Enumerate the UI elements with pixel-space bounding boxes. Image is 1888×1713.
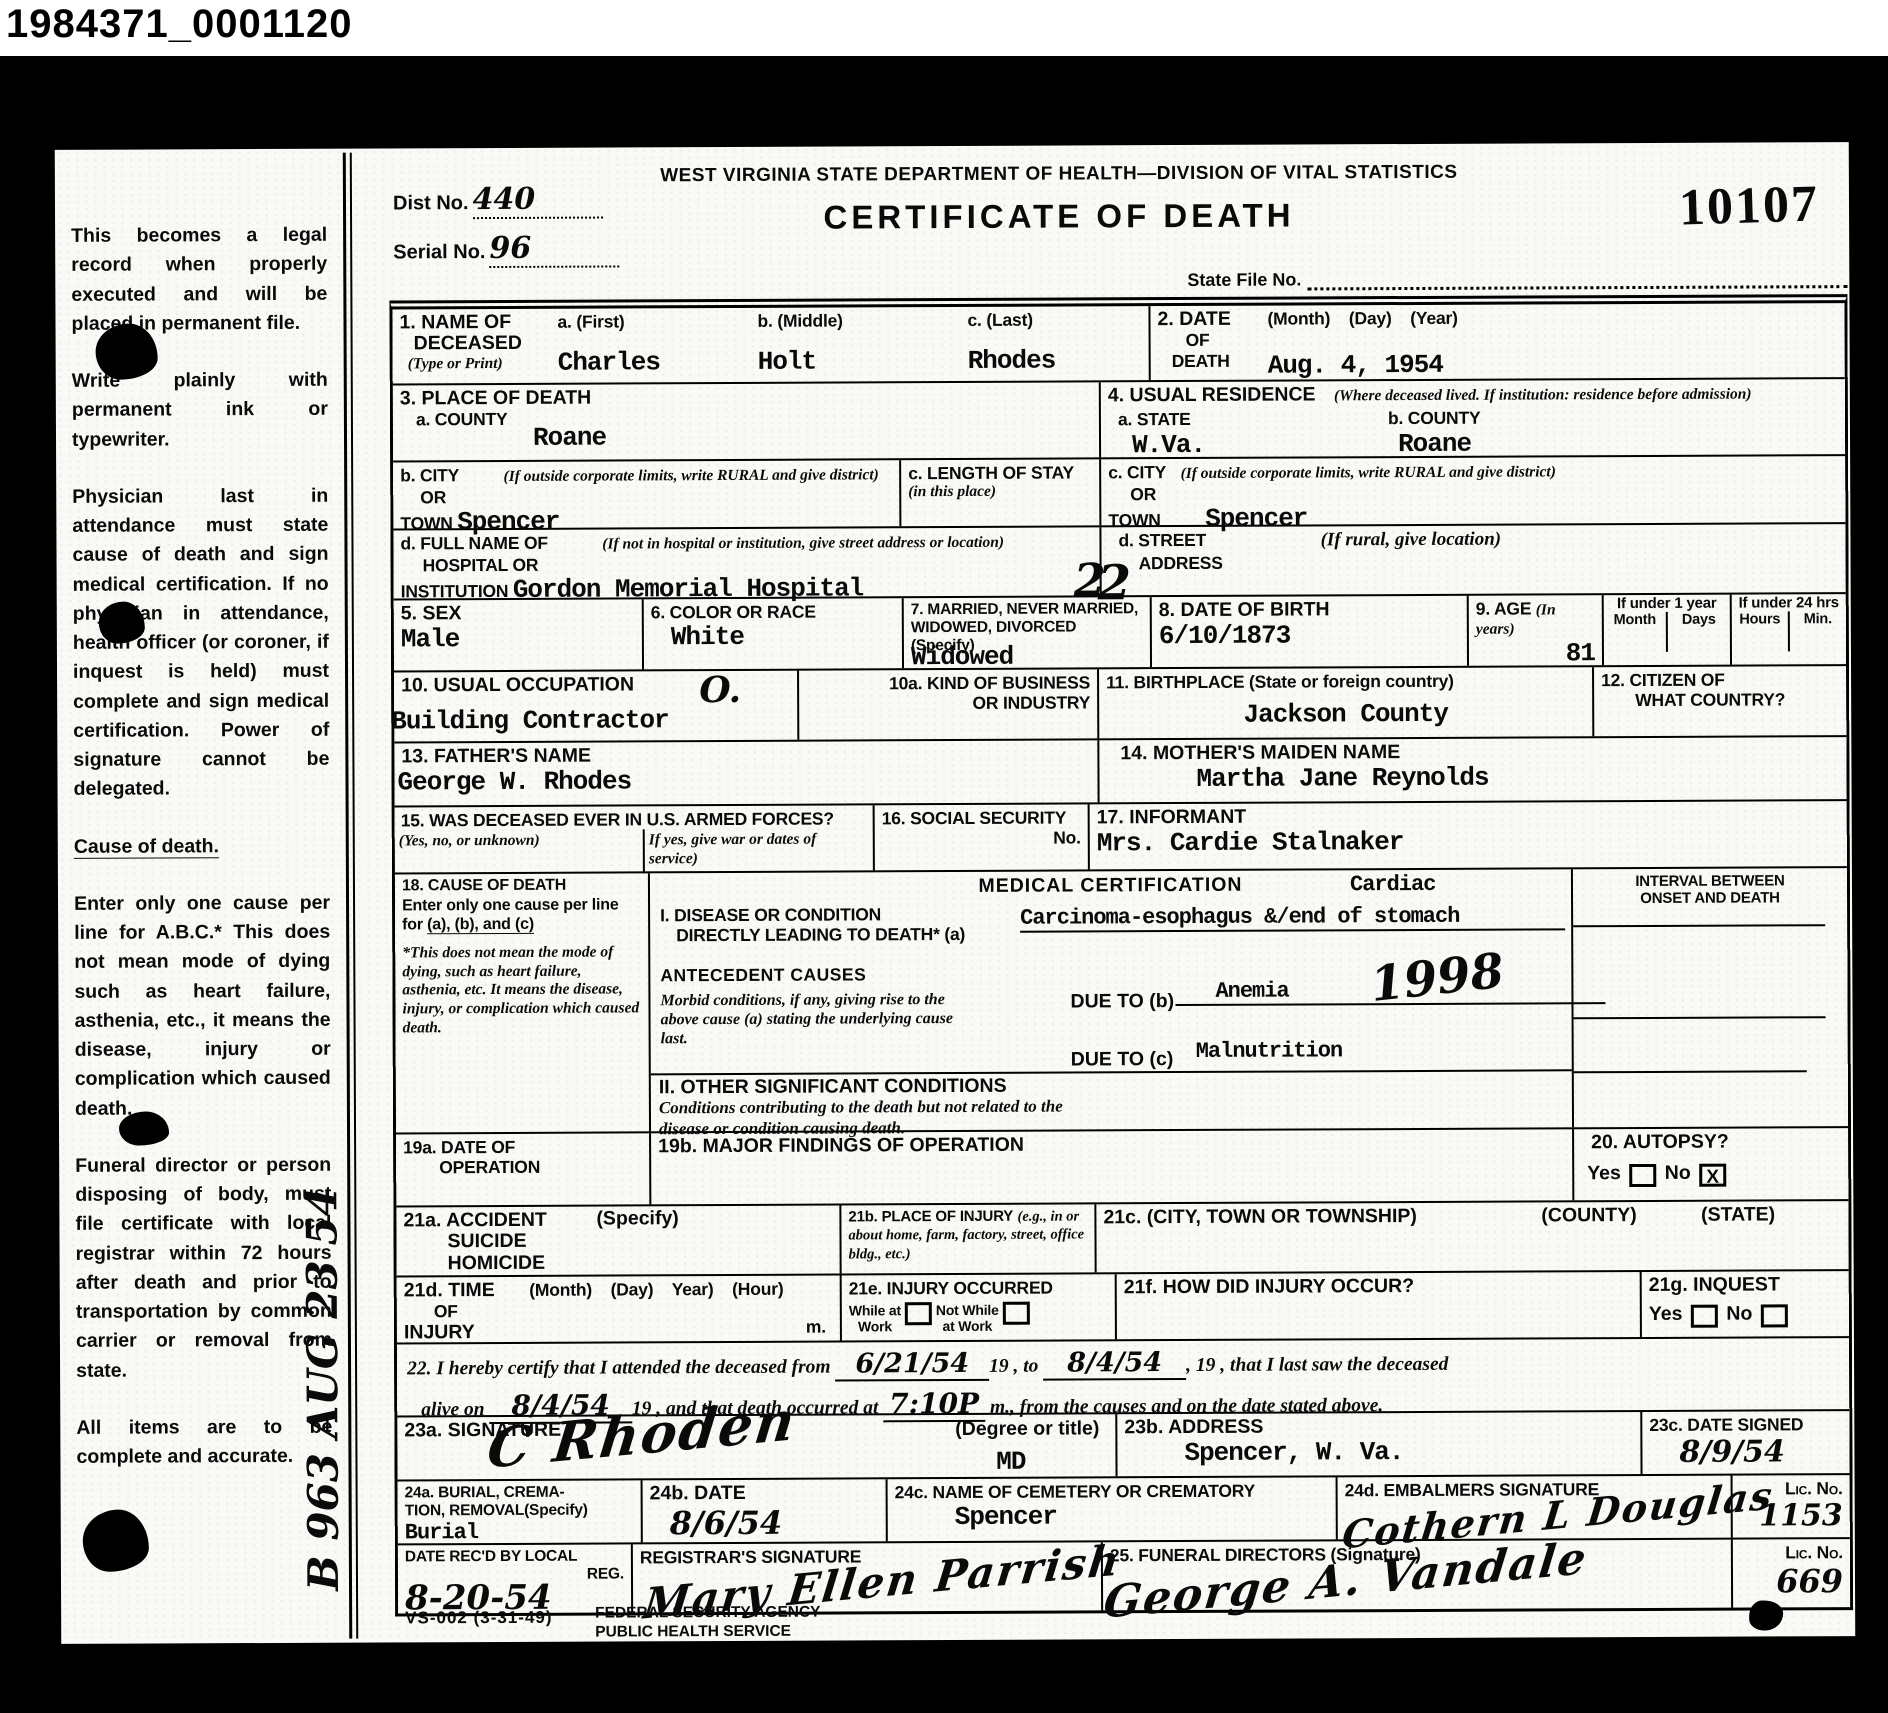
field-time-of-injury: 21d. TIME (Month) (Day) Year) (Hour) OF … bbox=[397, 1275, 842, 1342]
field-date-of-birth: 8. DATE OF BIRTH 6/10/1873 bbox=[1152, 596, 1469, 667]
field-street-address: d. STREET (If rural, give location) ADDR… bbox=[1101, 524, 1845, 595]
mother-value: Martha Jane Reynolds bbox=[1106, 762, 1839, 795]
hospital-label: d. FULL NAME OF bbox=[400, 533, 547, 554]
interval-label: INTERVAL BETWEEN bbox=[1573, 868, 1847, 890]
agency-lines: FEDERAL SECURITY AGENCY PUBLIC HEALTH SE… bbox=[595, 1603, 821, 1643]
field-date-of-death: 2. DATE OF DEATH (Month) (Day) (Year) Au… bbox=[1150, 303, 1844, 380]
row-accident-place-injury: 21a. ACCIDENT SUICIDE HOMICIDE (Specify)… bbox=[396, 1201, 1848, 1277]
funeral-lic-value: 669 bbox=[1740, 1562, 1843, 1600]
months-label: Month bbox=[1604, 612, 1668, 652]
cert-year2: , 19 bbox=[1186, 1355, 1215, 1376]
while-at-work-line2: Work bbox=[858, 1318, 892, 1334]
antecedent-note: Morbid conditions, if any, giving rise t… bbox=[660, 990, 960, 1049]
informant-value: Mrs. Cardie Stalnaker bbox=[1097, 826, 1840, 859]
citizen-label: 12. CITIZEN OF bbox=[1601, 669, 1839, 690]
cemetery-label: 24c. NAME OF CEMETERY OR CREMATORY bbox=[895, 1480, 1329, 1502]
cause-footnote: *This does not mean the mode of dying, s… bbox=[402, 944, 641, 1038]
field-marital-status: 7. MARRIED, NEVER MARRIED, WIDOWED, DIVO… bbox=[904, 597, 1152, 668]
instruction-paragraph: This becomes a legal record when properl… bbox=[71, 221, 328, 339]
field-cemetery-name: 24c. NAME OF CEMETERY OR CREMATORY Spenc… bbox=[888, 1477, 1338, 1541]
middle-name-label: b. (Middle) bbox=[757, 310, 967, 331]
field-mothers-maiden-name: 14. MOTHER'S MAIDEN NAME Martha Jane Rey… bbox=[1099, 737, 1846, 802]
age-label: 9. AGE bbox=[1476, 598, 1532, 618]
race-label: 6. COLOR OR RACE bbox=[651, 601, 895, 622]
row-operation-autopsy: 19a. DATE OF OPERATION 19b. MAJOR FINDIN… bbox=[396, 1128, 1848, 1207]
cause-c-value: Malnutrition bbox=[1196, 1038, 1343, 1064]
field-injury-occurred: 21e. INJURY OCCURRED While at Work Not W… bbox=[842, 1274, 1117, 1340]
address-label: 23b. ADDRESS bbox=[1124, 1415, 1633, 1439]
minutes-label: Min. bbox=[1790, 611, 1846, 651]
injury-state-label: (STATE) bbox=[1701, 1203, 1775, 1225]
under-1yr-label: If under 1 year bbox=[1604, 595, 1730, 613]
form-footer: VS-002 (3-31-49) FEDERAL SECURITY AGENCY… bbox=[395, 1598, 1853, 1642]
under-24hrs-label: If under 24 hrs bbox=[1732, 594, 1846, 612]
embalmer-lic-label: Lic. No. bbox=[1740, 1478, 1843, 1499]
burial-label: 24a. BURIAL, CREMA- bbox=[405, 1483, 634, 1502]
residence-state-value: W.Va. bbox=[1108, 429, 1388, 460]
row-sex-race-birth: 5. SEX Male 6. COLOR OR RACE White 7. MA… bbox=[394, 594, 1846, 672]
field-sex: 5. SEX Male bbox=[394, 599, 644, 670]
row-hospital-street: d. FULL NAME OF (If not in hospital or i… bbox=[393, 524, 1845, 600]
typed-cardiac: Cardiac bbox=[1350, 872, 1436, 897]
inquest-yes-checkbox bbox=[1691, 1304, 1718, 1327]
form-table: 1. NAME OF DECEASED (Type or Print) a. (… bbox=[389, 294, 1853, 1616]
date-of-death-columns: (Month) (Day) (Year) bbox=[1267, 306, 1837, 329]
field-city-or-town: b. CITY (If outside corporate limits, wr… bbox=[393, 460, 901, 528]
field-place-of-injury: 21b. PLACE OF INJURY (e.g., in or about … bbox=[841, 1204, 1096, 1273]
while-at-work-checkbox bbox=[905, 1302, 932, 1325]
state-file-blank-line bbox=[1307, 265, 1847, 290]
length-of-stay-label: c. LENGTH OF STAY bbox=[908, 462, 1092, 483]
burial-date-label: 24b. DATE bbox=[650, 1482, 879, 1504]
not-while-at-work-line1: Not While bbox=[936, 1302, 999, 1318]
birthplace-label: 11. BIRTHPLACE (State or foreign country… bbox=[1106, 670, 1585, 692]
instruction-paragraph: Enter only one cause per line for A.B.C.… bbox=[74, 888, 331, 1123]
ink-blot bbox=[96, 323, 158, 379]
instruction-paragraph: Write plainly with permanent ink or type… bbox=[72, 366, 328, 455]
other-conditions-label: II. OTHER SIGNIFICANT CONDITIONS bbox=[659, 1073, 1564, 1098]
injury-city-label: 21c. (CITY, TOWN OR TOWNSHIP) bbox=[1103, 1205, 1417, 1228]
hours-label: Hours bbox=[1732, 612, 1790, 652]
scanner-top-strip: 1984371_0001120 bbox=[0, 0, 1888, 56]
place-of-injury-label: 21b. PLACE OF INJURY bbox=[848, 1208, 1013, 1226]
not-while-at-work-label: Not While at Work bbox=[936, 1302, 999, 1334]
while-at-work-line1: While at bbox=[849, 1302, 901, 1318]
field-interval-onset-death: INTERVAL BETWEEN ONSET AND DEATH bbox=[1573, 868, 1848, 1127]
field-injury-location: 21c. (CITY, TOWN OR TOWNSHIP) (COUNTY) (… bbox=[1096, 1201, 1848, 1272]
business-label: 10a. KIND OF BUSINESS bbox=[806, 672, 1090, 693]
inquest-yes-label: Yes bbox=[1649, 1303, 1683, 1325]
field-date-signed: 23c. DATE SIGNED 8/9/54 bbox=[1642, 1411, 1849, 1474]
date-received-label: DATE REC'D BY LOCAL bbox=[405, 1548, 577, 1566]
field-physician-signature: 23a. SIGNATURE C Rhoden (Degree or title… bbox=[397, 1414, 1117, 1479]
sex-value: Male bbox=[401, 624, 635, 655]
row-name-dateofdeath: 1. NAME OF DECEASED (Type or Print) a. (… bbox=[392, 303, 1844, 385]
cause-a-value: Carcinoma-esophagus &/end of stomach bbox=[1020, 903, 1565, 932]
burial-date-value: 8/6/54 bbox=[650, 1504, 879, 1543]
usual-residence-note: (Where deceased lived. If institution: r… bbox=[1334, 386, 1752, 405]
interval-rule bbox=[1573, 924, 1825, 927]
first-name-label: a. (First) bbox=[557, 311, 757, 332]
middle-name-value: Holt bbox=[758, 346, 968, 377]
armed-forces-label: 15. WAS DECEASED EVER IN U.S. ARMED FORC… bbox=[395, 805, 873, 830]
county-label: a. COUNTY bbox=[400, 407, 1092, 430]
ink-stamp-blob bbox=[1749, 1600, 1783, 1630]
field-social-security: 16. SOCIAL SECURITY No. bbox=[875, 804, 1090, 870]
dob-value: 6/10/1873 bbox=[1159, 620, 1460, 651]
agency-line2: PUBLIC HEALTH SERVICE bbox=[595, 1622, 820, 1642]
not-while-at-work-line2: at Work bbox=[942, 1318, 992, 1334]
street-address-note: (If rural, give location) bbox=[1321, 529, 1502, 551]
medical-certification-center: MEDICAL CERTIFICATION Cardiac I. DISEASE… bbox=[650, 869, 1574, 1131]
race-value: White bbox=[651, 621, 895, 652]
injury-occurred-label: 21e. INJURY OCCURRED bbox=[849, 1277, 1108, 1298]
state-file-label: State File No. bbox=[1187, 269, 1301, 290]
field-citizen-of: 12. CITIZEN OF WHAT COUNTRY? bbox=[1594, 666, 1846, 736]
date-of-death-label: 2. DATE bbox=[1157, 309, 1267, 331]
first-name-value: Charles bbox=[558, 347, 758, 378]
armed-forces-note: (Yes, no, or unknown) bbox=[395, 829, 645, 874]
days-label: Days bbox=[1668, 612, 1730, 652]
cert-to-date: 8/4/54 bbox=[1043, 1347, 1186, 1381]
time-of-injury-label: 21d. TIME bbox=[404, 1279, 495, 1301]
form-header: Dist No.440 Serial No.96 WEST VIRGINIA S… bbox=[389, 142, 1848, 300]
field-major-findings: 19b. MAJOR FINDINGS OF OPERATION bbox=[651, 1129, 1574, 1204]
injury-county-label: (COUNTY) bbox=[1541, 1204, 1636, 1226]
field-date-of-operation: 19a. DATE OF OPERATION bbox=[396, 1133, 651, 1205]
row-physician-signature: 23a. SIGNATURE C Rhoden (Degree or title… bbox=[397, 1411, 1849, 1481]
cert-tail1: , that I last saw the deceased bbox=[1220, 1354, 1448, 1376]
usual-residence-title: 4. USUAL RESIDENCE bbox=[1108, 383, 1316, 406]
degree-value: MD bbox=[996, 1447, 1025, 1477]
row-place-residence-top: 3. PLACE OF DEATH a. COUNTY Roane 4. USU… bbox=[393, 379, 1845, 462]
field-residence-city: c. CITY (If outside corporate limits, wr… bbox=[1101, 456, 1845, 525]
cause-of-death-heading: Cause of death. bbox=[74, 831, 330, 861]
ink-blot bbox=[99, 602, 145, 644]
field-autopsy: 20. AUTOPSY? Yes No X bbox=[1574, 1128, 1848, 1200]
autopsy-no-checkbox: X bbox=[1699, 1163, 1726, 1186]
disease-condition-label: I. DISEASE OR CONDITION bbox=[660, 904, 881, 925]
autopsy-no-label: No bbox=[1665, 1162, 1691, 1184]
serial-no-label: Serial No. bbox=[393, 241, 485, 263]
hospital-note: (If not in hospital or institution, give… bbox=[602, 534, 1004, 553]
row-time-of-injury: 21d. TIME (Month) (Day) Year) (Hour) OF … bbox=[397, 1271, 1849, 1344]
field-fathers-name: 13. FATHER'S NAME George W. Rhodes bbox=[394, 740, 1099, 805]
field-inquest: 21g. INQUEST Yes No bbox=[1642, 1271, 1849, 1337]
cert-year1: 19 bbox=[989, 1356, 1009, 1377]
not-while-at-work-checkbox bbox=[1003, 1302, 1030, 1325]
certificate-title: CERTIFICATE OF DEATH bbox=[649, 196, 1469, 238]
accident-specify-note: (Specify) bbox=[596, 1208, 678, 1230]
type-or-print-note: (Type or Print) bbox=[400, 355, 558, 374]
form-number: VS-002 (3-31-49) bbox=[405, 1608, 552, 1629]
row-forces-ssn-informant: 15. WAS DECEASED EVER IN U.S. ARMED FORC… bbox=[395, 801, 1847, 874]
autopsy-yes-checkbox bbox=[1629, 1164, 1656, 1187]
autopsy-label: 20. AUTOPSY? bbox=[1581, 1131, 1841, 1154]
agency-line1: FEDERAL SECURITY AGENCY bbox=[595, 1603, 820, 1623]
field-age: 9. AGE (In years) 81 bbox=[1469, 595, 1604, 666]
document-id: 1984371_0001120 bbox=[6, 2, 352, 47]
due-to-b-label: DUE TO (b) bbox=[1070, 991, 1174, 1013]
field-hospital-name: d. FULL NAME OF (If not in hospital or i… bbox=[393, 527, 1101, 598]
field-physician-address: 23b. ADDRESS Spencer, W. Va. bbox=[1117, 1412, 1642, 1476]
last-name-value: Rhodes bbox=[968, 345, 1142, 376]
antecedent-label: ANTECEDENT CAUSES bbox=[660, 964, 866, 985]
field-embalmer-signature: 24d. EMBALMERS SIGNATURE Cothern L Dougl… bbox=[1338, 1476, 1733, 1540]
sex-label: 5. SEX bbox=[401, 602, 635, 624]
ink-blot bbox=[119, 1111, 169, 1145]
county-value: Roane bbox=[533, 423, 606, 453]
field-informant: 17. INFORMANT Mrs. Cardie Stalnaker bbox=[1090, 801, 1847, 869]
row-medical-certification: 18. CAUSE OF DEATH Enter only one cause … bbox=[395, 868, 1848, 1134]
field-length-of-stay: c. LENGTH OF STAY (in this place) bbox=[901, 459, 1101, 526]
age-value: 81 bbox=[1476, 638, 1595, 669]
cert-from-date: 6/21/54 bbox=[835, 1348, 989, 1382]
cause-text-abc: (a), (b), and (c) bbox=[427, 916, 534, 933]
inquest-label: 21g. INQUEST bbox=[1649, 1274, 1842, 1296]
cert-to: , to bbox=[1013, 1356, 1038, 1377]
last-name-label: c. (Last) bbox=[967, 309, 1141, 330]
instructions-sidebar: This becomes a legal record when properl… bbox=[71, 221, 333, 1500]
major-findings-label: 19b. MAJOR FINDINGS OF OPERATION bbox=[658, 1132, 1565, 1157]
department-line: WEST VIRGINIA STATE DEPARTMENT OF HEALTH… bbox=[509, 161, 1609, 188]
degree-or-title-label: (Degree or title) bbox=[955, 1418, 1099, 1440]
date-signed-value: 8/9/54 bbox=[1649, 1434, 1842, 1470]
residence-county-label: b. COUNTY bbox=[1388, 407, 1481, 427]
street-address-label: d. STREET bbox=[1108, 530, 1206, 550]
residence-city-label: c. CITY bbox=[1108, 462, 1166, 482]
time-of-injury-cols: (Month) (Day) Year) (Hour) bbox=[529, 1279, 783, 1300]
inquest-no-label: No bbox=[1726, 1303, 1752, 1325]
field-burial-type: 24a. BURIAL, CREMA- TION, REMOVAL(Specif… bbox=[398, 1480, 643, 1543]
instruction-paragraph: Funeral director or person disposing of … bbox=[75, 1150, 332, 1385]
residence-city-note: (If outside corporate limits, write RURA… bbox=[1181, 463, 1556, 482]
field-embalmer-license: Lic. No. 1153 bbox=[1733, 1475, 1850, 1538]
father-label: 13. FATHER'S NAME bbox=[401, 743, 1090, 767]
time-m-label: m. bbox=[806, 1316, 826, 1336]
field-birthplace: 11. BIRTHPLACE (State or foreign country… bbox=[1099, 667, 1594, 738]
interval-rule bbox=[1574, 1016, 1826, 1019]
marital-value: Widowed bbox=[911, 642, 1143, 673]
field-age-under-1yr: If under 1 year Month Days bbox=[1604, 595, 1732, 666]
length-of-stay-note: (in this place) bbox=[908, 483, 1092, 502]
city-label: b. CITY bbox=[400, 465, 459, 485]
interval-rule bbox=[1574, 1070, 1807, 1073]
cert-pre: 22. I hereby certify that I attended the… bbox=[407, 1357, 831, 1380]
state-file-no: State File No. bbox=[1187, 265, 1847, 291]
place-of-death-title: 3. PLACE OF DEATH bbox=[400, 385, 1092, 409]
field-burial-date: 24b. DATE 8/6/54 bbox=[643, 1479, 888, 1542]
birthplace-value: Jackson County bbox=[1106, 698, 1585, 730]
death-certificate-form: Dist No.440 Serial No.96 WEST VIRGINIA S… bbox=[389, 142, 1854, 1642]
armed-forces-note2: If yes, give war or dates of service) bbox=[645, 828, 873, 873]
occupation-label: 10. USUAL OCCUPATION bbox=[401, 673, 634, 696]
residence-state-label: a. STATE bbox=[1108, 409, 1191, 429]
instruction-paragraph: All items are to be complete and accurat… bbox=[76, 1412, 332, 1472]
city-note: (If outside corporate limits, write RURA… bbox=[503, 466, 878, 485]
field-color-or-race: 6. COLOR OR RACE White bbox=[644, 598, 904, 669]
while-at-work-label: While at Work bbox=[849, 1302, 901, 1334]
field-armed-forces: 15. WAS DECEASED EVER IN U.S. ARMED FORC… bbox=[395, 805, 875, 872]
cause-label: 18. CAUSE OF DEATH bbox=[402, 876, 641, 895]
ssn-label: 16. SOCIAL SECURITY bbox=[882, 807, 1081, 828]
cemetery-value: Spencer bbox=[895, 1501, 1329, 1533]
instruction-paragraph: Physician last in attendance must state … bbox=[72, 481, 329, 804]
name-label: 1. NAME OF bbox=[399, 312, 557, 334]
row-occupation-birthplace: 10. USUAL OCCUPATION O. Building Contrac… bbox=[394, 666, 1846, 743]
dob-label: 8. DATE OF BIRTH bbox=[1159, 599, 1460, 622]
row-parents: 13. FATHER'S NAME George W. Rhodes 14. M… bbox=[394, 737, 1846, 807]
vertical-handwritten-note: B 963 AUG 23 54 bbox=[297, 1113, 348, 1591]
funeral-lic-label: Lic. No. bbox=[1740, 1542, 1843, 1563]
operation-date-label: 19a. DATE OF bbox=[403, 1136, 642, 1157]
dist-no-label: Dist No. bbox=[393, 192, 469, 214]
field-age-under-24hrs: If under 24 hrs Hours Min. bbox=[1732, 594, 1846, 664]
embalmer-lic-value: 1153 bbox=[1740, 1498, 1843, 1533]
field-cause-of-death-instructions: 18. CAUSE OF DEATH Enter only one cause … bbox=[395, 873, 651, 1132]
field-kind-of-business: 10a. KIND OF BUSINESS OR INDUSTRY bbox=[799, 669, 1099, 739]
inquest-no-checkbox bbox=[1761, 1304, 1788, 1327]
due-to-c-label: DUE TO (c) bbox=[1071, 1049, 1174, 1071]
burial-value: Burial bbox=[405, 1519, 634, 1545]
handwritten-o: O. bbox=[699, 669, 741, 711]
serial-no-value: 96 bbox=[489, 230, 619, 268]
other-significant-conditions: II. OTHER SIGNIFICANT CONDITIONS Conditi… bbox=[651, 1069, 1572, 1131]
how-injury-label: 21f. HOW DID INJURY OCCUR? bbox=[1124, 1275, 1633, 1299]
certificate-paper: This becomes a legal record when properl… bbox=[55, 142, 1856, 1644]
ink-blot bbox=[83, 1510, 149, 1572]
field-name-of-deceased: 1. NAME OF DECEASED (Type or Print) a. (… bbox=[392, 306, 1150, 383]
residence-county-value: Roane bbox=[1388, 427, 1838, 459]
field-place-of-death-county: 3. PLACE OF DEATH a. COUNTY Roane bbox=[393, 382, 1101, 460]
date-of-death-value: Aug. 4, 1954 bbox=[1268, 348, 1838, 380]
field-accident-suicide-homicide: 21a. ACCIDENT SUICIDE HOMICIDE (Specify) bbox=[396, 1205, 841, 1275]
father-value: George W. Rhodes bbox=[397, 765, 1090, 798]
row-city-lengthofstay: b. CITY (If outside corporate limits, wr… bbox=[393, 456, 1845, 530]
field-usual-occupation: 10. USUAL OCCUPATION O. Building Contrac… bbox=[394, 671, 799, 742]
field-usual-residence: 4. USUAL RESIDENCE (Where deceased lived… bbox=[1101, 379, 1845, 457]
autopsy-yes-label: Yes bbox=[1587, 1163, 1621, 1185]
stamp-number: 10107 bbox=[1678, 174, 1820, 237]
date-signed-label: 23c. DATE SIGNED bbox=[1649, 1414, 1842, 1435]
address-value: Spencer, W. Va. bbox=[1124, 1436, 1633, 1468]
field-how-injury-occurred: 21f. HOW DID INJURY OCCUR? bbox=[1117, 1272, 1642, 1339]
